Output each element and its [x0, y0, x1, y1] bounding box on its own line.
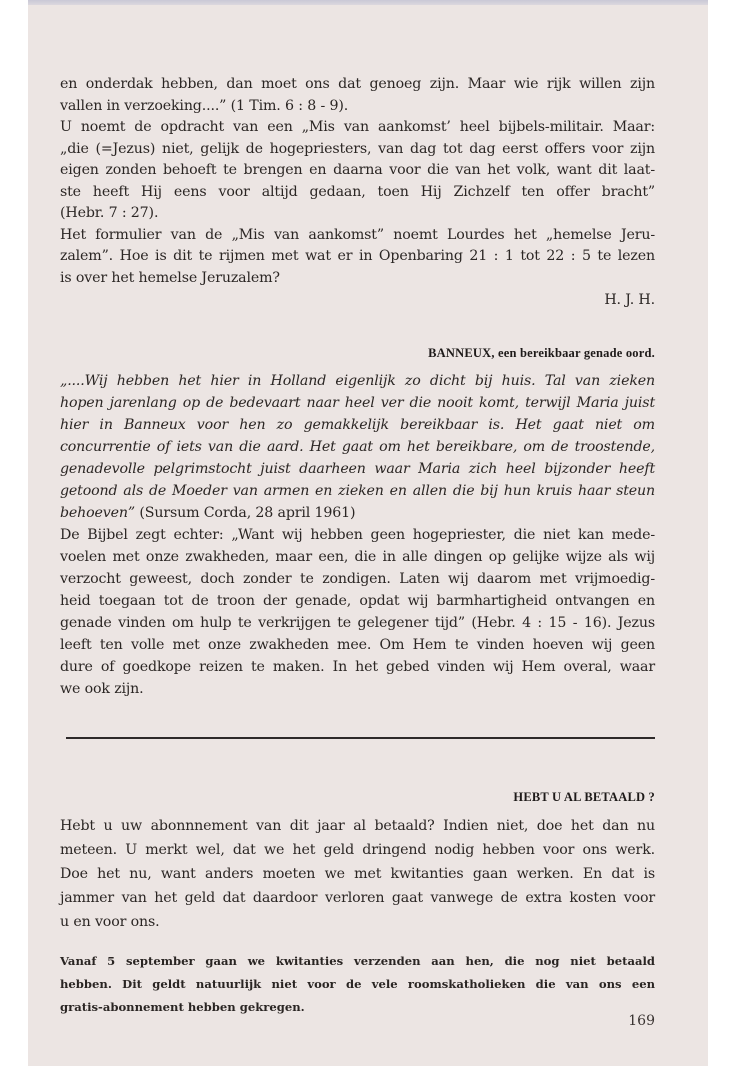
text-line: Hebt u uw abonnnement van dit jaar al be…: [60, 817, 655, 835]
text-line: is over het hemelse Jeruzalem?: [60, 269, 655, 287]
text-line: verzocht geweest, doch zonder te zondige…: [60, 570, 655, 588]
text-line: we ook zijn.: [60, 680, 655, 698]
text-line: leeft ten volle met onze zwakheden mee. …: [60, 636, 655, 654]
scan-edge: [28, 0, 708, 5]
text-line: De Bijbel zegt echter: „Want wij hebben …: [60, 526, 655, 544]
notice-line: hebben. Dit geldt natuurlijk niet voor d…: [60, 976, 655, 992]
section-divider: [66, 737, 655, 739]
document-page: en onderdak hebben, dan moet ons dat gen…: [28, 0, 708, 1066]
quote-end: behoeven”: [60, 505, 135, 521]
text-line: zalem”. Hoe is dit te rijmen met wat er …: [60, 247, 655, 265]
notice-line: Vanaf 5 september gaan we kwitanties ver…: [60, 953, 655, 969]
text-line: ste heeft Hij eens voor altijd gedaan, t…: [60, 183, 655, 201]
text-line: eigen zonden behoeft te brengen en daarn…: [60, 161, 655, 179]
text-line: Doe het nu, want anders moeten we met kw…: [60, 865, 655, 883]
quote-line: hopen jarenlang op de bedevaart naar hee…: [60, 394, 655, 412]
text-line: u en voor ons.: [60, 913, 655, 931]
quote-source-line: behoeven” (Sursum Corda, 28 april 1961): [60, 504, 655, 522]
section-heading: BANNEUX, een bereikbaar genade oord.: [428, 346, 655, 361]
text-line: dure of goedkope reizen te maken. In het…: [60, 658, 655, 676]
text-line: genade vinden om hulp te verkrijgen te g…: [60, 614, 655, 632]
text-line: heid toegaan tot de troon der genade, op…: [60, 592, 655, 610]
section-heading: HEBT U AL BETAALD ?: [513, 790, 655, 805]
text-line: (Hebr. 7 : 27).: [60, 204, 655, 222]
text-line: Het formulier van de „Mis van aankomst” …: [60, 226, 655, 244]
text-line: jammer van het geld dat daardoor verlore…: [60, 889, 655, 907]
quote-source: (Sursum Corda, 28 april 1961): [135, 505, 355, 521]
text-line: meteen. U merkt wel, dat we het geld dri…: [60, 841, 655, 859]
quote-line: genadevolle pelgrimstocht juist daarheen…: [60, 460, 655, 478]
quote-line: hier in Banneux voor hen zo gemakkelijk …: [60, 416, 655, 434]
text-line: en onderdak hebben, dan moet ons dat gen…: [60, 75, 655, 93]
text-line: U noemt de opdracht van een „Mis van aan…: [60, 118, 655, 136]
page-number: 169: [628, 1013, 655, 1029]
quote-line: „....Wij hebben het hier in Holland eige…: [60, 372, 655, 390]
text-line: „die (=Jezus) niet, gelijk de hogepriest…: [60, 140, 655, 158]
quote-line: concurrentie of iets van die aard. Het g…: [60, 438, 655, 456]
text-line: vallen in verzoeking....” (1 Tim. 6 : 8 …: [60, 97, 655, 115]
quote-line: getoond als de Moeder van armen en zieke…: [60, 482, 655, 500]
notice-line: gratis-abonnement hebben gekregen.: [60, 999, 655, 1015]
text-line: voelen met onze zwakheden, maar een, die…: [60, 548, 655, 566]
author-signature: H. J. H.: [60, 291, 655, 309]
